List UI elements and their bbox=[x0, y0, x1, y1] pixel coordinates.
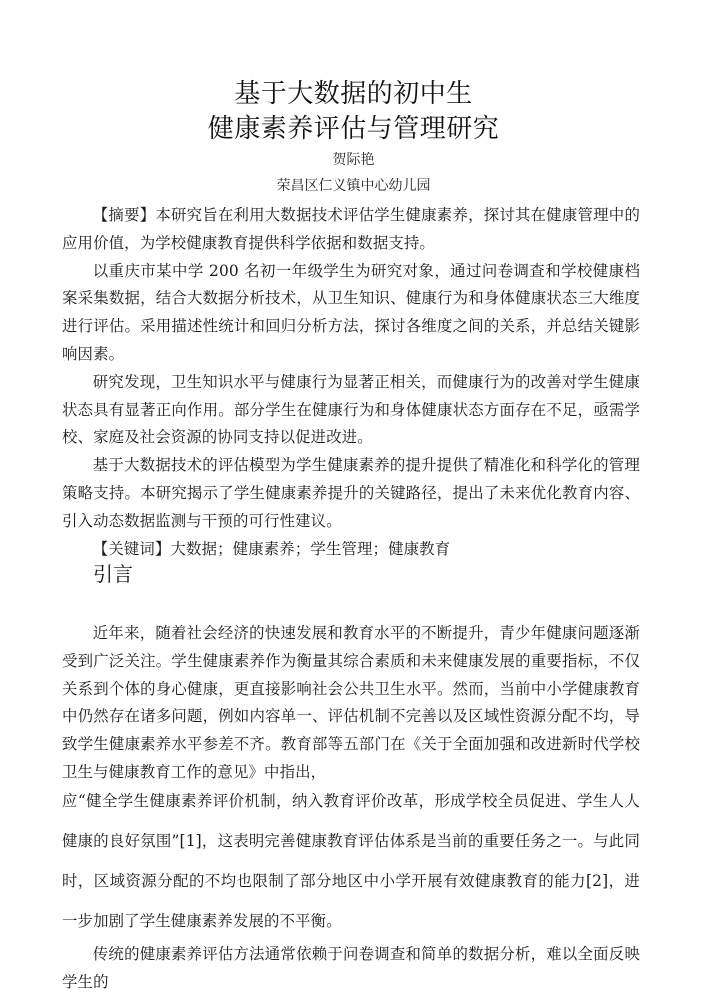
introduction-section: 近年来，随着社会经济的快速发展和教育水平的不断提升，青少年健康问题逐渐受到广泛关… bbox=[62, 620, 640, 996]
author-name: 贺际艳 bbox=[0, 151, 707, 169]
paper-title-line-2: 健康素养评估与管理研究 bbox=[0, 114, 707, 144]
keywords: 【关键词】大数据；健康素养；学生管理；健康教育 bbox=[62, 536, 640, 564]
body-paragraph: 近年来，随着社会经济的快速发展和教育水平的不断提升，青少年健康问题逐渐受到广泛关… bbox=[62, 620, 640, 787]
abstract-paragraph: 【摘要】本研究旨在利用大数据技术评估学生健康素养，探讨其在健康管理中的应用价值，… bbox=[62, 202, 640, 258]
abstract-paragraph: 基于大数据技术的评估模型为学生健康素养的提升提供了精准化和科学化的管理策略支持。… bbox=[62, 452, 640, 535]
section-heading-introduction: 引言 bbox=[93, 558, 133, 587]
document-page: 基于大数据的初中生 健康素养评估与管理研究 贺际艳 荣昌区仁义镇中心幼儿园 【摘… bbox=[0, 0, 707, 999]
abstract-section: 【摘要】本研究旨在利用大数据技术评估学生健康素养，探讨其在健康管理中的应用价值，… bbox=[62, 202, 640, 563]
abstract-paragraph: 研究发现，卫生知识水平与健康行为显著正相关，而健康行为的改善对学生健康状态具有显… bbox=[62, 369, 640, 452]
abstract-paragraph: 以重庆市某中学 200 名初一年级学生为研究对象，通过问卷调查和学校健康档案采集… bbox=[62, 258, 640, 369]
author-affiliation: 荣昌区仁义镇中心幼儿园 bbox=[0, 177, 707, 195]
paper-title-line-1: 基于大数据的初中生 bbox=[0, 79, 707, 109]
body-paragraph: 应“健全学生健康素养评价机制，纳入教育评价改革，形成学校全员促进、学生人人健康的… bbox=[62, 781, 640, 941]
body-paragraph: 传统的健康素养评估方法通常依赖于问卷调查和简单的数据分析，难以全面反映学生的 bbox=[62, 941, 640, 997]
